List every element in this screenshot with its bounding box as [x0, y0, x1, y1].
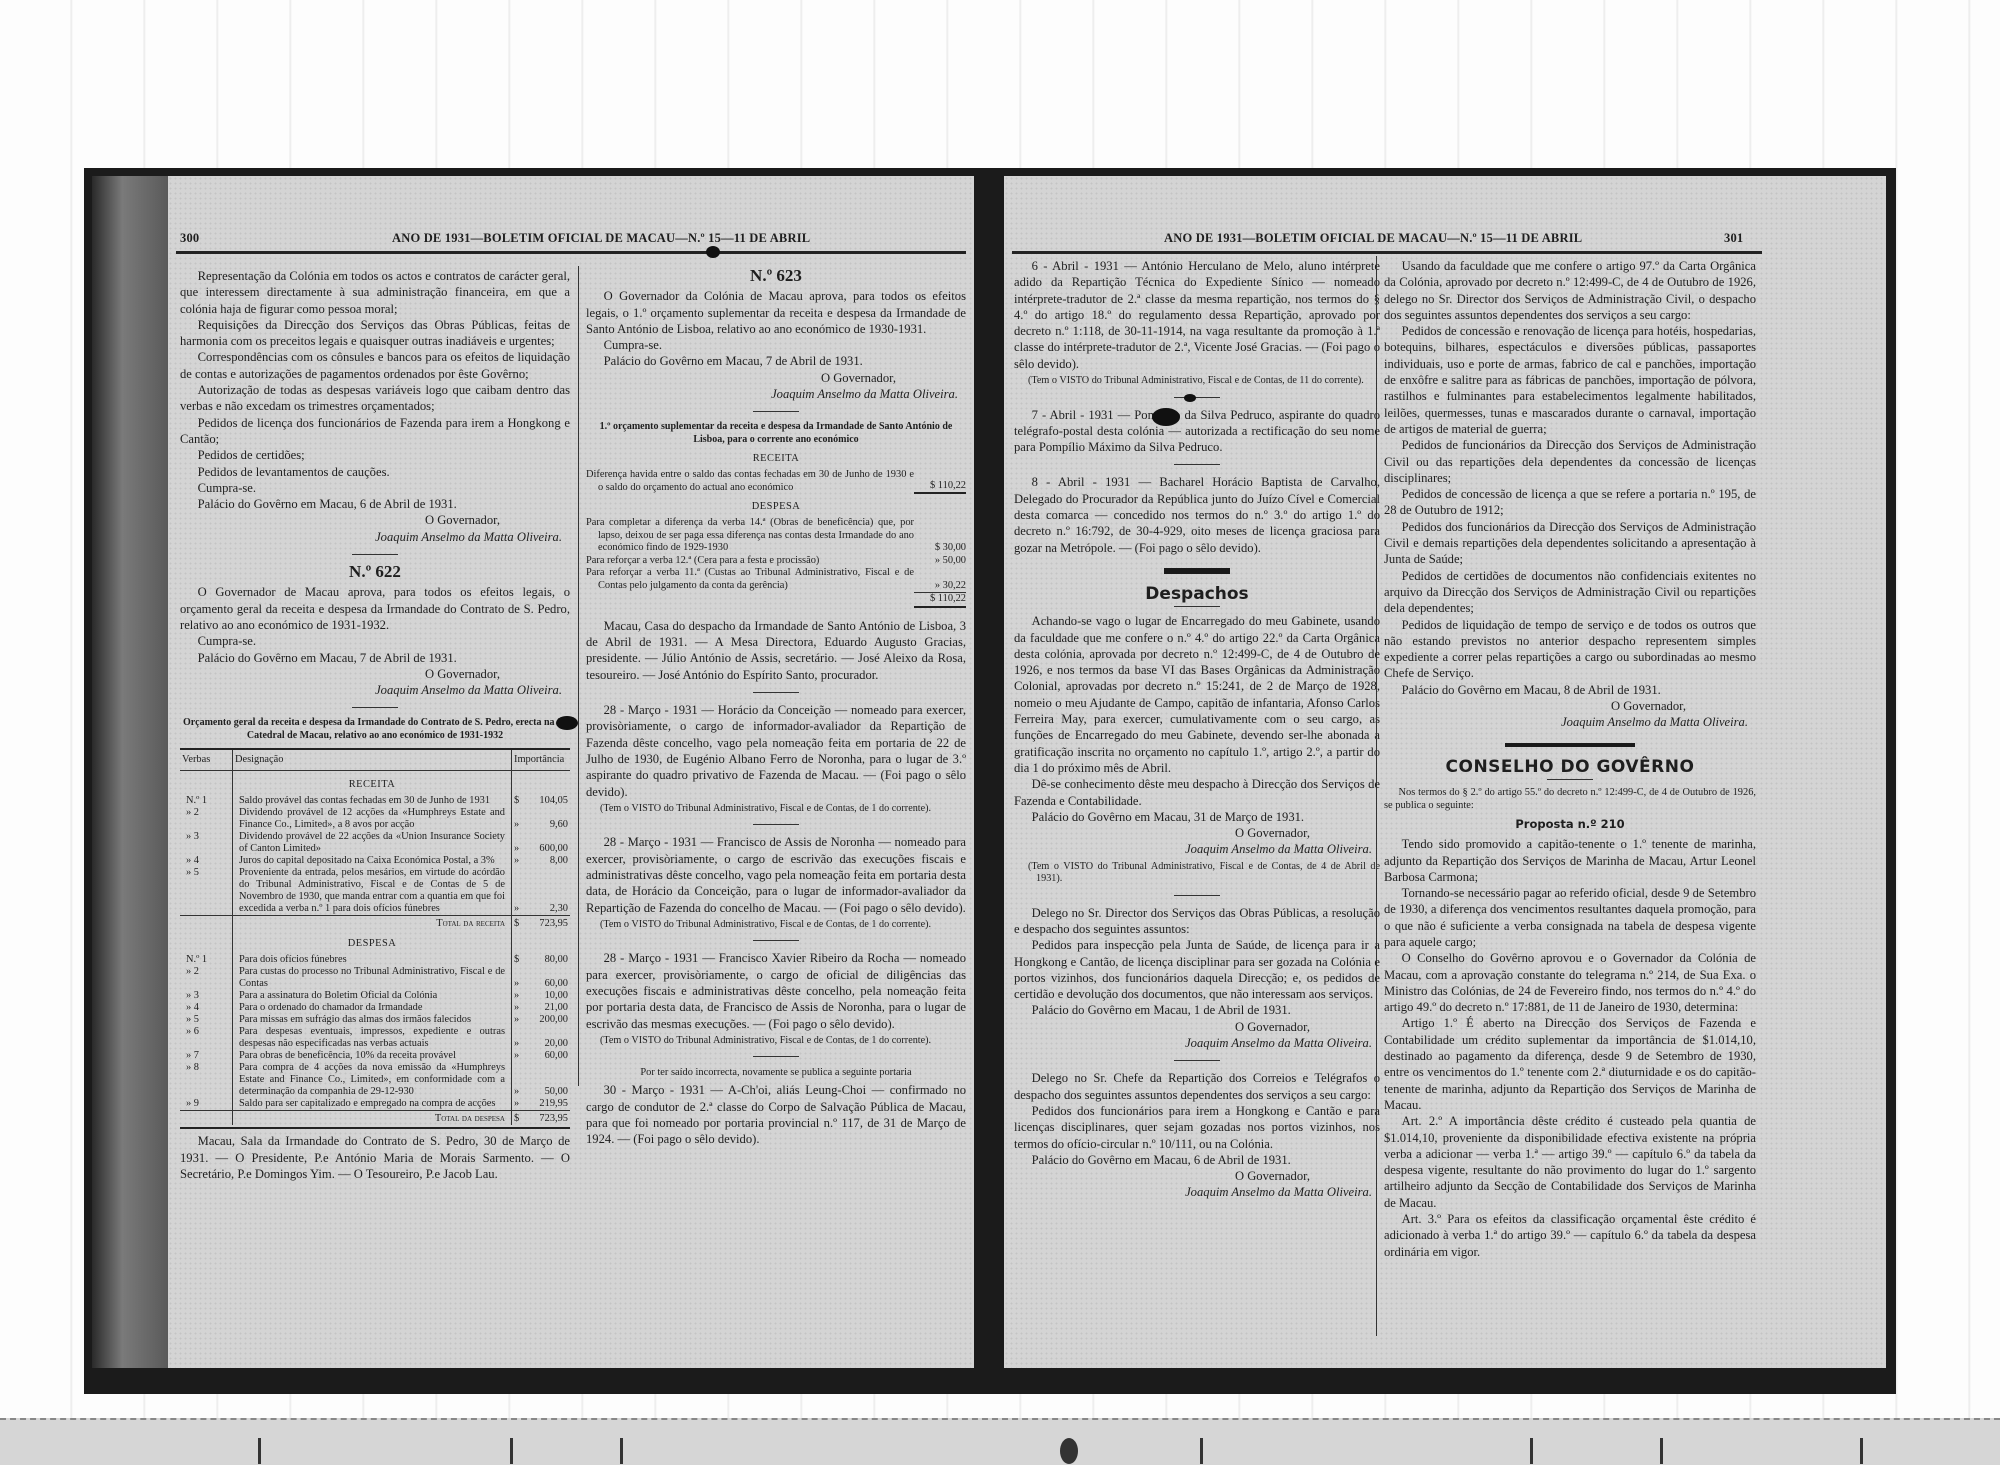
paragraph: Pedidos de funcionários da Direcção dos …	[1384, 437, 1756, 486]
page-301: ANO DE 1931—BOLETIM OFICIAL DE MACAU—N.º…	[1004, 176, 1886, 1368]
amount: 600,00	[526, 831, 570, 855]
portaria-entry: 8 - Abril - 1931 — Bacharel Horácio Bapt…	[1014, 474, 1380, 555]
page-number-right: 301	[1724, 231, 1743, 246]
binding-shadow	[92, 176, 168, 1368]
separator	[1174, 397, 1220, 398]
designacao-text: Dividendo provável de 22 acções da «Unio…	[233, 831, 512, 855]
verba-number: » 8	[180, 1062, 233, 1098]
decree-text: O Governador de Macau aprova, para todos…	[180, 584, 570, 633]
budget-row: » 4Juros do capital depositado na Caixa …	[180, 855, 570, 867]
paragraph: Tornando-se necessário pagar ao referido…	[1384, 885, 1756, 950]
conselho-intro: Nos termos do § 2.º do artigo 55.º do de…	[1384, 786, 1756, 812]
receita-label: RECEITA	[586, 452, 966, 465]
verba-number: » 6	[180, 1026, 233, 1050]
cumpra-se: Cumpra-se.	[180, 633, 570, 649]
page-300: 300 ANO DE 1931—BOLETIM OFICIAL DE MACAU…	[168, 176, 974, 1368]
supplementary-budget-caption: 1.º orçamento suplementar da receita e d…	[586, 421, 966, 446]
designacao-text: Para compra de 4 acções da nova emissão …	[233, 1062, 512, 1098]
paragraph: Delego no Sr. Director dos Serviços das …	[1014, 905, 1380, 938]
table-bottom-rule	[180, 1127, 570, 1129]
currency-mark: »	[512, 1098, 527, 1111]
decree-text: O Governador da Colónia de Macau aprova,…	[586, 288, 966, 337]
governor-signature: Joaquim Anselmo da Matta Oliveira.	[1384, 714, 1756, 730]
page-number-left: 300	[180, 231, 199, 246]
amount: 20,00	[526, 1026, 570, 1050]
designacao-text: Saldo provável das contas fechadas em 30…	[233, 795, 512, 807]
paragraph: Pedidos dos funcionários da Direcção dos…	[1384, 519, 1756, 568]
budget-table: Verbas Designação Importância RECEITA N.…	[180, 748, 570, 1125]
closing-signatures: Macau, Sala da Irmandade do Contrato de …	[180, 1133, 570, 1182]
verba-number: N.º 1	[180, 795, 233, 807]
verba-number: » 9	[180, 1098, 233, 1111]
visto-note: (Tem o VISTO do Tribunal Administrativo,…	[1014, 861, 1380, 886]
currency-mark: $	[512, 954, 527, 966]
portaria-entry: 28 - Março - 1931 — Francisco de Assis d…	[586, 834, 966, 915]
running-head-right: ANO DE 1931—BOLETIM OFICIAL DE MACAU—N.º…	[1164, 231, 1582, 246]
separator	[753, 411, 799, 412]
verba-number: » 5	[180, 867, 233, 916]
separator	[1174, 606, 1220, 607]
amount: 60,00	[526, 966, 570, 990]
receita-rows: RECEITA N.º 1Saldo provável das contas f…	[180, 771, 570, 916]
paragraph: Delego no Sr. Chefe da Repartição dos Co…	[1014, 1070, 1380, 1103]
visto-note: (Tem o VISTO do Tribunal Administrativo,…	[586, 1035, 966, 1048]
amount: 104,05	[526, 795, 570, 807]
despesa-label: DESPESA	[233, 930, 512, 954]
palace-date: Palácio do Govêrno em Macau, 8 de Abril …	[1384, 682, 1756, 698]
supl-despesa-line: Para reforçar a verba 11.ª (Custas ao Tr…	[586, 567, 966, 592]
governor-title: O Governador,	[1014, 1019, 1380, 1035]
separator	[352, 554, 398, 555]
separator	[352, 707, 398, 708]
visto-note: (Tem o VISTO do Tribunal Administrativo,…	[586, 803, 966, 816]
supl-receita-amount: $ 110,22	[914, 480, 966, 495]
paragraph: Dê-se conhecimento dêste meu despacho à …	[1014, 776, 1380, 809]
palace-date: Palácio do Govêrno em Macau, 31 de Março…	[1014, 809, 1380, 825]
verba-number: » 2	[180, 966, 233, 990]
despesa-rows: DESPESA N.º 1Para dois ofícios fúnebres$…	[180, 930, 570, 1111]
budget-caption: Orçamento geral da receita e despesa da …	[180, 717, 570, 742]
decree-number-622: N.º 622	[180, 564, 570, 580]
portaria-entry: 7 - Abril - 1931 — Pompílio da Silva Ped…	[1014, 407, 1380, 456]
separator	[753, 824, 799, 825]
currency-mark: »	[512, 990, 527, 1002]
paragraph: Autorização de todas as despesas variáve…	[180, 382, 570, 415]
designacao-text: Para o ordenado do chamador da Irmandade	[233, 1002, 512, 1014]
ink-blot	[706, 246, 720, 258]
paragraph: Achando-se vago o lugar de Encarregado d…	[1014, 613, 1380, 776]
portaria-entry: 28 - Março - 1931 — Horácio da Conceição…	[586, 702, 966, 800]
designacao-text: Saldo para ser capitalizado e empregado …	[233, 1098, 512, 1111]
cumpra-se: Cumpra-se.	[180, 480, 570, 496]
budget-row: N.º 1Saldo provável das contas fechadas …	[180, 795, 570, 807]
paragraph: Pedidos de licença dos funcionários de F…	[180, 415, 570, 448]
despesa-label: DESPESA	[586, 500, 966, 513]
running-head-left: ANO DE 1931—BOLETIM OFICIAL DE MACAU—N.º…	[392, 231, 810, 246]
paragraph: Tendo sido promovido a capitão-tenente o…	[1384, 836, 1756, 885]
currency-mark: »	[512, 1002, 527, 1014]
paragraph: Pedidos para inspecção pela Junta de Saú…	[1014, 937, 1380, 1002]
col-header-importancia: Importância	[512, 749, 571, 771]
currency-mark: »	[512, 1062, 527, 1098]
supl-despesa-total: $ 110,22	[586, 592, 966, 608]
palace-date: Palácio do Govêrno em Macau, 6 de Abril …	[180, 496, 570, 512]
ink-blot	[1152, 408, 1180, 426]
verba-number: » 3	[180, 831, 233, 855]
separator	[753, 692, 799, 693]
amount: 9,60	[526, 807, 570, 831]
governor-title: O Governador,	[180, 666, 570, 682]
amount: 2,30	[526, 867, 570, 916]
designacao-text: Proveniente da entrada, pelos mesários, …	[233, 867, 512, 916]
supl-despesa-total-amount: $ 110,22	[914, 592, 966, 608]
verba-number: » 3	[180, 990, 233, 1002]
designacao-text: Dividendo provável de 12 acções da «Hump…	[233, 807, 512, 831]
supl-despesa-text: Para reforçar a verba 11.ª (Custas ao Tr…	[586, 567, 914, 592]
budget-row: » 6Para despesas eventuais, impressos, e…	[180, 1026, 570, 1050]
conselho-title: CONSELHO DO GOVÊRNO	[1384, 759, 1756, 775]
governor-signature: Joaquim Anselmo da Matta Oliveira.	[1014, 1035, 1380, 1051]
paragraph: Correspondências com os cônsules e banco…	[180, 349, 570, 382]
col-header-verbas: Verbas	[180, 749, 233, 771]
paragraph: Pedidos de certidões;	[180, 447, 570, 463]
paragraph: Pedidos de certidões de documentos não c…	[1384, 568, 1756, 617]
paragraph: Pedidos de levantamentos de cauções.	[180, 464, 570, 480]
amount: 80,00	[526, 954, 570, 966]
thick-separator	[1505, 743, 1635, 747]
separator	[1174, 895, 1220, 896]
header-rule	[176, 251, 966, 254]
paragraph: Pedidos de concessão de licença a que se…	[1384, 486, 1756, 519]
designacao-text: Para missas em sufrágio das almas dos ir…	[233, 1014, 512, 1026]
designacao-text: Para despesas eventuais, impressos, expe…	[233, 1026, 512, 1050]
receita-total-row: Total da receita$723,95	[180, 916, 570, 931]
despesa-total-value: 723,95	[526, 1111, 570, 1126]
currency-mark: $	[512, 795, 527, 807]
supl-despesa-line: Para completar a diferença da verba 14.ª…	[586, 517, 966, 555]
supl-receita-line: Diferença havida entre o saldo das conta…	[586, 469, 966, 494]
amount: 10,00	[526, 990, 570, 1002]
ink-blot	[1184, 394, 1196, 402]
amount: 21,00	[526, 1002, 570, 1014]
paragraph: Representação da Colónia em todos os act…	[180, 268, 570, 317]
governor-title: O Governador,	[180, 512, 570, 528]
palace-date: Palácio do Govêrno em Macau, 7 de Abril …	[586, 353, 966, 369]
republished-portaria: 30 - Março - 1931 — A-Ch'oi, aliás Leung…	[586, 1082, 966, 1147]
amount: 60,00	[526, 1050, 570, 1062]
receita-total-value: 723,95	[526, 916, 570, 931]
palace-date: Palácio do Govêrno em Macau, 7 de Abril …	[180, 650, 570, 666]
supl-despesa-lines: Para completar a diferença da verba 14.ª…	[586, 517, 966, 592]
receita-label: RECEITA	[233, 771, 512, 796]
designacao-text: Para custas do processo no Tribunal Admi…	[233, 966, 512, 990]
governor-signature: Joaquim Anselmo da Matta Oliveira.	[586, 386, 966, 402]
currency-mark: »	[512, 1014, 527, 1026]
palace-date: Palácio do Govêrno em Macau, 1 de Abril …	[1014, 1002, 1380, 1018]
governor-signature: Joaquim Anselmo da Matta Oliveira.	[1014, 1184, 1380, 1200]
paragraph: O Conselho do Govêrno aprovou e o Govern…	[1384, 950, 1756, 1015]
paragraph: Pedidos de liquidação de tempo de serviç…	[1384, 617, 1756, 682]
portarias-list: 28 - Março - 1931 — Horácio da Conceição…	[586, 692, 966, 1047]
governor-title: O Governador,	[1384, 698, 1756, 714]
visto-note: (Tem o VISTO do Tribunal Administrativo,…	[586, 919, 966, 932]
supl-despesa-amount: » 50,00	[914, 555, 966, 568]
paragraph: Artigo 1.º É aberto na Direcção dos Serv…	[1384, 1015, 1756, 1113]
supl-despesa-text: Para completar a diferença da verba 14.ª…	[586, 517, 914, 555]
separator	[1174, 1060, 1220, 1061]
portaria-entry: 6 - Abril - 1931 — António Herculano de …	[1014, 258, 1380, 372]
designacao-text: Para a assinatura do Boletim Oficial da …	[233, 990, 512, 1002]
supl-receita-text: Diferença havida entre o saldo das conta…	[586, 469, 914, 494]
amount: 200,00	[526, 1014, 570, 1026]
page301-column-1: 6 - Abril - 1931 — António Herculano de …	[1014, 258, 1380, 1201]
currency-mark: »	[512, 831, 527, 855]
separator	[753, 1056, 799, 1057]
paragraph: Pedidos dos funcionários para irem a Hon…	[1014, 1103, 1380, 1152]
currency-mark: »	[512, 867, 527, 916]
currency-mark: »	[512, 855, 527, 867]
amount: 8,00	[526, 855, 570, 867]
receita-total-label: Total da receita	[233, 916, 512, 931]
verba-number: » 4	[180, 1002, 233, 1014]
budget-row: » 5Proveniente da entrada, pelos mesário…	[180, 867, 570, 916]
ink-blot	[556, 716, 578, 730]
amount: 219,95	[526, 1098, 570, 1111]
paragraph: Art. 3.º Para os efeitos da classificaçã…	[1384, 1211, 1756, 1260]
currency-mark: »	[512, 966, 527, 990]
budget-row: N.º 1Para dois ofícios fúnebres$80,00	[180, 954, 570, 966]
page300-column-1: Representação da Colónia em todos os act…	[180, 268, 570, 1182]
designacao-text: Juros do capital depositado na Caixa Eco…	[233, 855, 512, 867]
governor-title: O Governador,	[1014, 825, 1380, 841]
budget-row: » 2Para custas do processo no Tribunal A…	[180, 966, 570, 990]
currency-mark: »	[512, 807, 527, 831]
governor-title: O Governador,	[1014, 1168, 1380, 1184]
governor-signature: Joaquim Anselmo da Matta Oliveira.	[1014, 841, 1380, 857]
visto-note: (Tem o VISTO do Tribunal Administrativo,…	[1014, 375, 1380, 388]
supl-despesa-amount: » 30,22	[914, 580, 966, 593]
verba-number: » 2	[180, 807, 233, 831]
microfilm-edge	[0, 1418, 2000, 1465]
separator	[1174, 464, 1220, 465]
budget-row: » 4Para o ordenado do chamador da Irmand…	[180, 1002, 570, 1014]
verba-number: N.º 1	[180, 954, 233, 966]
budget-row: » 2Dividendo provável de 12 acções da «H…	[180, 807, 570, 831]
cumpra-se: Cumpra-se.	[586, 337, 966, 353]
supl-despesa-amount: $ 30,00	[914, 542, 966, 555]
despesa-total-row: Total da despesa$723,95	[180, 1111, 570, 1126]
budget-row: » 9Saldo para ser capitalizado e emprega…	[180, 1098, 570, 1111]
separator	[753, 940, 799, 941]
paragraph: Pedidos de concessão e renovação de lice…	[1384, 323, 1756, 437]
decree-number-623: N.º 623	[586, 268, 966, 284]
casa-despacho-signatures: Macau, Casa do despacho da Irmandade de …	[586, 618, 966, 683]
col-header-designacao: Designação	[233, 749, 512, 771]
currency-mark: »	[512, 1026, 527, 1050]
column-divider	[1376, 256, 1377, 1336]
budget-row: » 7Para obras de beneficência, 10% da re…	[180, 1050, 570, 1062]
governor-signature: Joaquim Anselmo da Matta Oliveira.	[180, 529, 570, 545]
republish-note: Por ter saído incorrecta, novamente se p…	[586, 1066, 966, 1079]
column-divider	[578, 266, 579, 1086]
designacao-text: Para obras de beneficência, 10% da recei…	[233, 1050, 512, 1062]
verba-number: » 7	[180, 1050, 233, 1062]
budget-row: » 5Para missas em sufrágio das almas dos…	[180, 1014, 570, 1026]
despesa-total-label: Total da despesa	[233, 1111, 512, 1126]
proposta-title: Proposta n.º 210	[1384, 816, 1756, 832]
designacao-text: Para dois ofícios fúnebres	[233, 954, 512, 966]
governor-title: O Governador,	[586, 370, 966, 386]
verba-number: » 4	[180, 855, 233, 867]
verba-number: » 5	[180, 1014, 233, 1026]
supl-despesa-line: Para reforçar a verba 12.ª (Cera para a …	[586, 555, 966, 568]
currency-mark: »	[512, 1050, 527, 1062]
paragraph: Requisições da Direcção dos Serviços das…	[180, 317, 570, 350]
amount: 50,00	[526, 1062, 570, 1098]
page301-column-2: Usando da faculdade que me confere o art…	[1384, 258, 1756, 1260]
separator	[1547, 779, 1593, 780]
despachos-title: Despachos	[1014, 586, 1380, 602]
portaria-entries: 6 - Abril - 1931 — António Herculano de …	[1014, 258, 1380, 556]
governor-signature: Joaquim Anselmo da Matta Oliveira.	[180, 682, 570, 698]
portaria-entry: 28 - Março - 1931 — Francisco Xavier Rib…	[586, 950, 966, 1031]
budget-row: » 3Para a assinatura do Boletim Oficial …	[180, 990, 570, 1002]
header-rule	[1012, 251, 1762, 254]
palace-date: Palácio do Govêrno em Macau, 6 de Abril …	[1014, 1152, 1380, 1168]
supl-despesa-text: Para reforçar a verba 12.ª (Cera para a …	[586, 555, 914, 568]
budget-row: » 8Para compra de 4 acções da nova emiss…	[180, 1062, 570, 1098]
paragraph: Art. 2.º A importância dêste crédito é c…	[1384, 1113, 1756, 1211]
paragraph: Usando da faculdade que me confere o art…	[1384, 258, 1756, 323]
page300-column-2: N.º 623 O Governador da Colónia de Macau…	[586, 268, 966, 1148]
budget-row: » 3Dividendo provável de 22 acções da «U…	[180, 831, 570, 855]
thick-separator	[1164, 568, 1230, 574]
